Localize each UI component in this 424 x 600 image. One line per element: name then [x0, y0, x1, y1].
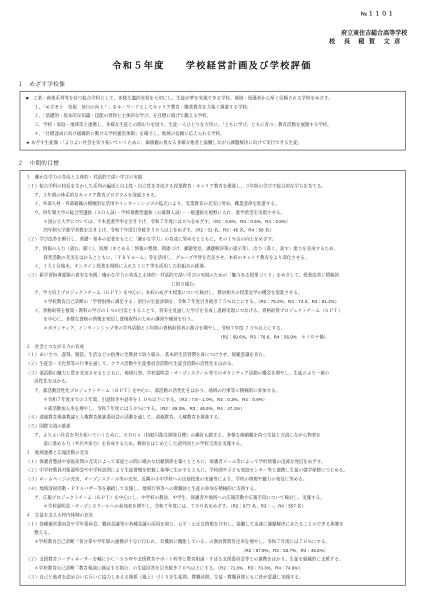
school-name: 府立東住吉総合高等学校 [0, 29, 407, 37]
doc-line: （２）中学校教員対象説明会や中学校訪問により生徒情報を把握し指導に生かすとともに… [24, 467, 400, 476]
doc-line: ＊学校教育自己診断の「学習指導に満足する」項目の生徒評価を、令和７年度引き続き７… [24, 298, 400, 307]
section-box: ■ 工業・商業系列等を持つ総合学科として、多様な選択実習を大切にし、生徒が夢を実… [20, 91, 406, 151]
doc-line: ＊ボランティア、インターンシップ等の学外活動と３年間の資格取得者の割合を増やし、… [24, 325, 400, 334]
doc-line: 前に進める力（共存共栄力）を育成するため、韓国をはじめとした諸外国との学校交流を… [24, 440, 400, 449]
doc-line: １、「めざそう 実現 毎日の向上！」をキーワードとしてキャリア教育・職業教育を力… [24, 103, 400, 112]
section-heading: １ めざす学校像 [17, 80, 424, 88]
doc-line: （２）支援教育コーディネーターを軸にＳＣ・ＳＳＷや支援教育サポート校等と教育相談… [24, 556, 400, 565]
doc-line: （４）道徳教育推進教諭と人権教育推進委員会の活動を通して、道徳教育、人権教育を推… [24, 414, 400, 423]
doc-line: ウ、四年制大学の総合型選抜（ＡＯ入試）・学校推薦型選抜（公募制入試）・一般選抜を… [24, 209, 400, 218]
principal-name: 稲 賀 文 彦 [358, 38, 401, 45]
doc-line: （３）自己と他者を認め合いお互いに協力しあえる関係（風土）づくりを生徒間、教職員… [24, 574, 400, 583]
doc-line: （２）生徒会・文化祭等の行事を通して、クラス活動や生徒委員会活動で生徒会活動の活… [24, 360, 400, 369]
doc-line: 四年制大学進学者数を引き上げ、令和７年度引き続き５０人以上をめざす。（R2：31… [24, 227, 400, 236]
doc-line: （４）地域清掃活動・ＰＴＡバザー等を継続して実施し、地域行事等への教職員と生徒の… [24, 485, 400, 494]
doc-line: （２）学び改革を断行し、基礎・基本の定着をもとに「確かな学力」の育成に努めるとと… [24, 236, 400, 245]
doc-line: ★ めざす生徒像：「よりよい社会を切り拓いていくために、価値観の異なる多様な他者… [24, 139, 400, 148]
doc-line: ＊国公立大学については、不本意進学率を引き下げ、令和７年度には０％をめざす。（R… [24, 218, 400, 227]
doc-line: （３）ホームページの充実、オープンスクール等の充実、近隣の小中学校への出前授業の… [24, 476, 400, 485]
doc-line: ３ 地域連携と広報活動の充実 [24, 449, 400, 458]
principal-line: 校 長稲 賀 文 彦 [0, 37, 407, 45]
doc-line: ２、「基礎的・基本的な知識・技能の習得と主体的な学び」を目標に掲げて鍛える学校。 [24, 112, 400, 121]
doc-line: ２ 社会とつながる力の育成 [24, 343, 400, 352]
doc-line: （１）保護者懇談や家庭訪問の充実によって家庭との間に確かな信頼関係を築くとともに… [24, 458, 400, 467]
doc-line: （３）部活動の魅力と質を充実させるとともに、地域行事、学校説明会・オープンスクー… [24, 369, 400, 378]
school-header: 府立東住吉総合高等学校 校 長稲 賀 文 彦 [0, 29, 424, 46]
doc-line: ＊学校教育自己診断「各分掌や学年間の連携が十分に行われ、有機的に機能している」の… [24, 538, 400, 547]
doc-line: 整える。 [24, 529, 400, 538]
doc-line: ＊学校説明会・オープンスクールへの参加者を増やし、令和７年度には、７００名をめざ… [24, 503, 400, 512]
doc-line: ア、部活動活性化プロジェクトチーム（ＢＰＴ）を中心に、部活動の活性化をはかり、地… [24, 387, 400, 396]
doc-line: イ、資格取得を推奨・教科の学びの１つの目安とすることで、将来を見通した学びを育成… [24, 307, 400, 316]
page-title: 令和５年度 学校経営計画及び学校評価 [0, 58, 424, 71]
doc-line: （５）国際交流の推進 [24, 423, 400, 432]
principal-label: 校 長 [329, 38, 351, 45]
doc-line: 探究活動の充実をはかるとともに、「ＴＲＹルーム」等を活用し、グループ学習を充実さ… [24, 254, 400, 263]
section-box: １ 確かな学力の育成と主体的・対話的で深い学びの実現（１）総合学科の特長を生かし… [20, 170, 406, 585]
doc-line: （R2：69.6%、R3：76.6、R4：56.9% ＊コロナ禍） [24, 334, 400, 343]
doc-line: ■ 工業・商業系列等を持つ総合学科として、多様な選択実習を大切にし、生徒が夢を実… [24, 94, 400, 103]
doc-line: ア、広報プロジェクトチーム（ＫＰＴ）を中心にし、中学校の教員、中学生、保護者や地… [24, 494, 400, 503]
doc-line: を中心に、多様な資格の情報を発信し資格取得のための講習や補習を行う。 [24, 316, 400, 325]
doc-line: １ 確かな学力の育成と主体的・対話的で深い学びの実現 [24, 174, 400, 183]
doc-line: イ、外部人材・外部組織の積極的な活用やインターンシップの拡充により、実業教育の充… [24, 200, 400, 209]
doc-line: ４ 生徒を支える校内体制の充実 [24, 511, 400, 520]
doc-line: （１）あいさつ、遅刻、服装、生活などの指導に全教員で取り組み、基本的生活習慣を身… [24, 351, 400, 360]
doc-line: ア、３年間の体系的なキャリア教育プログラムを発展させる。 [24, 191, 400, 200]
doc-number: №１１０１ [0, 0, 424, 17]
doc-line: ア、学力向上プロジェクトチーム（ＧＰＴ）を中心に、本校のめざす授業について検討し… [24, 289, 400, 298]
doc-line: ＊令和７年度までの３年間、引退除き中退率を１.０％以下にする。（R2：7.8・1… [24, 396, 400, 405]
section-heading: ２ 中期的目標 [17, 160, 424, 168]
doc-line: ア、よりよい社会を切り拓いていくために、ＳＤＧｓ（持続可能な開発目標）の趣旨も踏… [24, 431, 400, 440]
doc-line: ア、情報の入力（読む、聞く）、処理（まとめる：情報の整理、関連づけ、課題発見、課… [24, 245, 400, 254]
doc-line: ＊学校教育自己診断「教育相談に満足する割合」の生徒回答を引き続き７０％以上にする… [24, 565, 400, 574]
doc-line: 活性化をはかる。 [24, 378, 400, 387]
doc-line: （１）総合学科の特長を生かした系列の編成と自主性・自立性を育成する授業教育・キャ… [24, 183, 400, 192]
document-canvas: №１１０１ 府立東住吉総合高等学校 校 長稲 賀 文 彦 令和５年度 学校経営計… [0, 0, 424, 600]
doc-line: （R2：57.9%、R3：53.7%、R4：46.6%） [24, 547, 400, 556]
doc-line: に取り組む。 [24, 280, 400, 289]
doc-line: （３）新学習指導要領の着実な実践：確かな学力の育成と主体的・対話的で深い学びの実… [24, 271, 400, 280]
doc-line: （１）各種運営委員会や学年委員会、職員会議等の各種会議の活用を図り、公平・公正な… [24, 520, 400, 529]
sections-container: １ めざす学校像■ 工業・商業系列等を持つ総合学科として、多様な選択実習を大切に… [0, 80, 424, 585]
doc-line: ＊部活動加入率を増やし、令和７年度には５０％にする。（R2：49.3%、R3：4… [24, 405, 400, 414]
doc-line: ４、「目標達成に向け組織的に動ける学校運営体制」を確立し、地域の信頼に応えられる… [24, 130, 400, 139]
doc-line: ３、学校・家庭・地域等と連携し、多様な生徒との関わりを図り、生徒一人ひとりを大切… [24, 121, 400, 130]
document-page: №１１０１ 府立東住吉総合高等学校 校 長稲 賀 文 彦 令和５年度 学校経営計… [0, 0, 424, 600]
doc-line: イ、１人１台端末、オンライン授業を視野に入れたＩＣＴ等を活用した取組みの推進。 [24, 263, 400, 272]
